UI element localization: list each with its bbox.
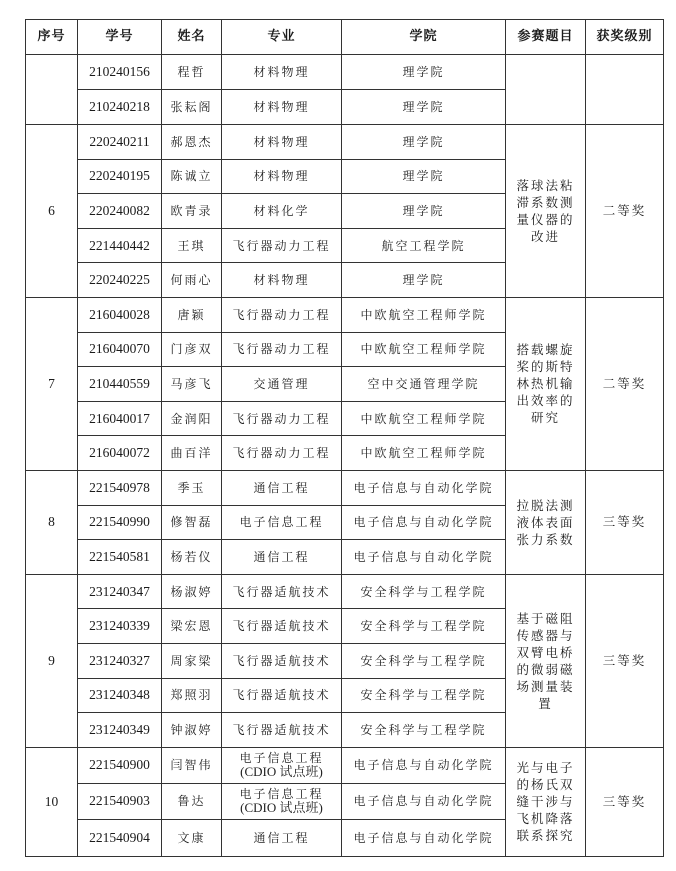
major-label: 飞行器动力工程: [232, 446, 330, 460]
student-name: 季玉: [162, 470, 222, 505]
topic-line: 场测量装: [514, 678, 577, 695]
award-level: 二等奖: [586, 125, 664, 298]
header-name: 姓名: [162, 20, 222, 55]
header-major: 专业: [222, 20, 342, 55]
major: 材料物理: [222, 263, 342, 298]
student-id: 216040017: [78, 401, 162, 436]
competition-topic: 基于磁阻传感器与双臂电桥的微弱磁场测量装置: [506, 574, 586, 747]
student-name: 张耘阁: [162, 90, 222, 125]
header-topic: 参赛题目: [506, 20, 586, 55]
student-name: 欧青录: [162, 194, 222, 229]
major: 飞行器动力工程: [222, 228, 342, 263]
topic-line: 传感器与: [514, 627, 577, 644]
competition-topic: 搭载螺旋桨的斯特林热机输出效率的研究: [506, 297, 586, 470]
major-label: 飞行器适航技术: [232, 723, 330, 737]
college: 空中交通管理学院: [342, 367, 506, 402]
major: 电子信息工程: [222, 505, 342, 540]
student-id: 231240327: [78, 643, 162, 678]
college: 电子信息与自动化学院: [342, 540, 506, 575]
major-label: 飞行器适航技术: [232, 688, 330, 702]
student-name: 闫智伟: [162, 747, 222, 783]
college: 中欧航空工程师学院: [342, 436, 506, 471]
topic-line: 研究: [514, 409, 577, 426]
major-label: 飞行器适航技术: [232, 654, 330, 668]
table-row: 210240156程哲材料物理理学院: [26, 55, 664, 90]
group-number: 9: [26, 574, 78, 747]
college: 电子信息与自动化学院: [342, 783, 506, 819]
topic-line: 缝干涉与: [514, 793, 577, 810]
college: 理学院: [342, 263, 506, 298]
student-name: 门彦双: [162, 332, 222, 367]
student-id: 216040028: [78, 297, 162, 332]
topic-line: 滞系数测: [514, 194, 577, 211]
group-number: 7: [26, 297, 78, 470]
topic-line: 基于磁阻: [514, 610, 577, 627]
student-name: 陈诚立: [162, 159, 222, 194]
student-id: 216040072: [78, 436, 162, 471]
group-number: [26, 55, 78, 125]
topic-line: 双臂电桥: [514, 644, 577, 661]
student-id: 221540900: [78, 747, 162, 783]
group-number: 10: [26, 747, 78, 856]
major: 电子信息工程(CDIO 试点班): [222, 783, 342, 819]
major: 材料物理: [222, 90, 342, 125]
student-name: 杨淑婷: [162, 574, 222, 609]
major-label: 飞行器动力工程: [232, 412, 330, 426]
topic-line: 落球法粘: [514, 177, 577, 194]
student-id: 220240225: [78, 263, 162, 298]
college: 中欧航空工程师学院: [342, 401, 506, 436]
major-label: 材料物理: [253, 273, 309, 287]
college: 中欧航空工程师学院: [342, 332, 506, 367]
major-label: 材料物理: [253, 100, 309, 114]
student-id: 221440442: [78, 228, 162, 263]
student-name: 曲百洋: [162, 436, 222, 471]
header-row: 序号 学号 姓名 专业 学院 参赛题目 获奖级别: [26, 20, 664, 55]
major: 通信工程: [222, 819, 342, 856]
major: 材料化学: [222, 194, 342, 229]
major-label: 电子信息工程: [239, 751, 323, 765]
major: 电子信息工程(CDIO 试点班): [222, 747, 342, 783]
student-name: 唐颖: [162, 297, 222, 332]
topic-line: 液体表面: [514, 514, 577, 531]
major: 飞行器适航技术: [222, 678, 342, 713]
student-id: 220240082: [78, 194, 162, 229]
student-id: 231240347: [78, 574, 162, 609]
topic-line: 搭载螺旋: [514, 341, 577, 358]
major: 通信工程: [222, 540, 342, 575]
major-label: 飞行器适航技术: [232, 585, 330, 599]
student-id: 220240211: [78, 125, 162, 160]
college: 航空工程学院: [342, 228, 506, 263]
student-id: 221540990: [78, 505, 162, 540]
award-table: 序号 学号 姓名 专业 学院 参赛题目 获奖级别 210240156程哲材料物理…: [25, 19, 664, 857]
topic-line: 置: [514, 695, 577, 712]
college: 电子信息与自动化学院: [342, 505, 506, 540]
college: 安全科学与工程学院: [342, 713, 506, 748]
major: 通信工程: [222, 470, 342, 505]
topic-line: 张力系数: [514, 531, 577, 548]
college: 安全科学与工程学院: [342, 678, 506, 713]
table-row: 9231240347杨淑婷飞行器适航技术安全科学与工程学院基于磁阻传感器与双臂电…: [26, 574, 664, 609]
major-label: 通信工程: [253, 550, 309, 564]
college: 理学院: [342, 194, 506, 229]
major: 飞行器动力工程: [222, 401, 342, 436]
award-level: 三等奖: [586, 470, 664, 574]
major-label: 通信工程: [253, 481, 309, 495]
topic-line: 拉脱法测: [514, 497, 577, 514]
table-body: 210240156程哲材料物理理学院210240218张耘阁材料物理理学院622…: [26, 55, 664, 857]
competition-topic: 光与电子的杨氏双缝干涉与飞机降落联系探究: [506, 747, 586, 856]
group-number: 8: [26, 470, 78, 574]
topic-line: 林热机输: [514, 375, 577, 392]
student-name: 文康: [162, 819, 222, 856]
competition-topic: 落球法粘滞系数测量仪器的改进: [506, 125, 586, 298]
student-name: 周家梁: [162, 643, 222, 678]
header-no: 序号: [26, 20, 78, 55]
major: 飞行器动力工程: [222, 332, 342, 367]
student-id: 231240339: [78, 609, 162, 644]
student-name: 程哲: [162, 55, 222, 90]
award-level: 三等奖: [586, 747, 664, 856]
topic-line: 飞机降落: [514, 810, 577, 827]
topic-line: 桨的斯特: [514, 358, 577, 375]
student-name: 修智磊: [162, 505, 222, 540]
topic-line: 光与电子: [514, 759, 577, 776]
college: 安全科学与工程学院: [342, 643, 506, 678]
college: 安全科学与工程学院: [342, 609, 506, 644]
major-label: 电子信息工程: [239, 515, 323, 529]
major: 飞行器动力工程: [222, 436, 342, 471]
major: 材料物理: [222, 55, 342, 90]
college: 理学院: [342, 125, 506, 160]
college: 安全科学与工程学院: [342, 574, 506, 609]
student-id: 220240195: [78, 159, 162, 194]
major: 飞行器适航技术: [222, 609, 342, 644]
college: 理学院: [342, 159, 506, 194]
topic-line: 出效率的: [514, 392, 577, 409]
major: 材料物理: [222, 125, 342, 160]
major-label: 飞行器动力工程: [232, 239, 330, 253]
student-id: 210240156: [78, 55, 162, 90]
college: 电子信息与自动化学院: [342, 747, 506, 783]
student-name: 马彦飞: [162, 367, 222, 402]
header-student-id: 学号: [78, 20, 162, 55]
topic-line: 的微弱磁: [514, 661, 577, 678]
topic-line: 的杨氏双: [514, 776, 577, 793]
college: 电子信息与自动化学院: [342, 470, 506, 505]
student-name: 何雨心: [162, 263, 222, 298]
student-name: 杨若仪: [162, 540, 222, 575]
student-name: 金润阳: [162, 401, 222, 436]
major-label: 飞行器动力工程: [232, 342, 330, 356]
student-id: 221540581: [78, 540, 162, 575]
major-label: 材料物理: [253, 135, 309, 149]
award-level: 二等奖: [586, 297, 664, 470]
major-note: (CDIO 试点班): [222, 801, 341, 815]
topic-line: 联系探究: [514, 827, 577, 844]
topic-line: 改进: [514, 228, 577, 245]
table-row: 6220240211郝恩杰材料物理理学院落球法粘滞系数测量仪器的改进二等奖: [26, 125, 664, 160]
major-label: 材料化学: [253, 204, 309, 218]
major-label: 电子信息工程: [239, 787, 323, 801]
table-row: 8221540978季玉通信工程电子信息与自动化学院拉脱法测液体表面张力系数三等…: [26, 470, 664, 505]
student-name: 王琪: [162, 228, 222, 263]
competition-topic: [506, 55, 586, 125]
major-label: 交通管理: [253, 377, 309, 391]
group-number: 6: [26, 125, 78, 298]
student-name: 梁宏恩: [162, 609, 222, 644]
major-label: 材料物理: [253, 65, 309, 79]
table-row: 7216040028唐颖飞行器动力工程中欧航空工程师学院搭载螺旋桨的斯特林热机输…: [26, 297, 664, 332]
major: 交通管理: [222, 367, 342, 402]
topic-line: 量仪器的: [514, 211, 577, 228]
table-row: 10221540900闫智伟电子信息工程(CDIO 试点班)电子信息与自动化学院…: [26, 747, 664, 783]
student-name: 郑照羽: [162, 678, 222, 713]
student-id: 221540903: [78, 783, 162, 819]
major-label: 飞行器动力工程: [232, 308, 330, 322]
header-award-level: 获奖级别: [586, 20, 664, 55]
student-name: 郝恩杰: [162, 125, 222, 160]
major: 飞行器动力工程: [222, 297, 342, 332]
student-id: 231240349: [78, 713, 162, 748]
header-college: 学院: [342, 20, 506, 55]
student-name: 钟淑婷: [162, 713, 222, 748]
student-id: 216040070: [78, 332, 162, 367]
college: 中欧航空工程师学院: [342, 297, 506, 332]
student-id: 210240218: [78, 90, 162, 125]
student-id: 231240348: [78, 678, 162, 713]
major-note: (CDIO 试点班): [222, 765, 341, 779]
award-level: [586, 55, 664, 125]
major-label: 飞行器适航技术: [232, 619, 330, 633]
award-level: 三等奖: [586, 574, 664, 747]
major: 飞行器适航技术: [222, 643, 342, 678]
college: 理学院: [342, 90, 506, 125]
student-id: 221540904: [78, 819, 162, 856]
student-id: 221540978: [78, 470, 162, 505]
college: 理学院: [342, 55, 506, 90]
student-id: 210440559: [78, 367, 162, 402]
student-name: 鲁达: [162, 783, 222, 819]
major: 飞行器适航技术: [222, 574, 342, 609]
major-label: 材料物理: [253, 169, 309, 183]
college: 电子信息与自动化学院: [342, 819, 506, 856]
major: 材料物理: [222, 159, 342, 194]
major: 飞行器适航技术: [222, 713, 342, 748]
competition-topic: 拉脱法测液体表面张力系数: [506, 470, 586, 574]
major-label: 通信工程: [253, 831, 309, 845]
